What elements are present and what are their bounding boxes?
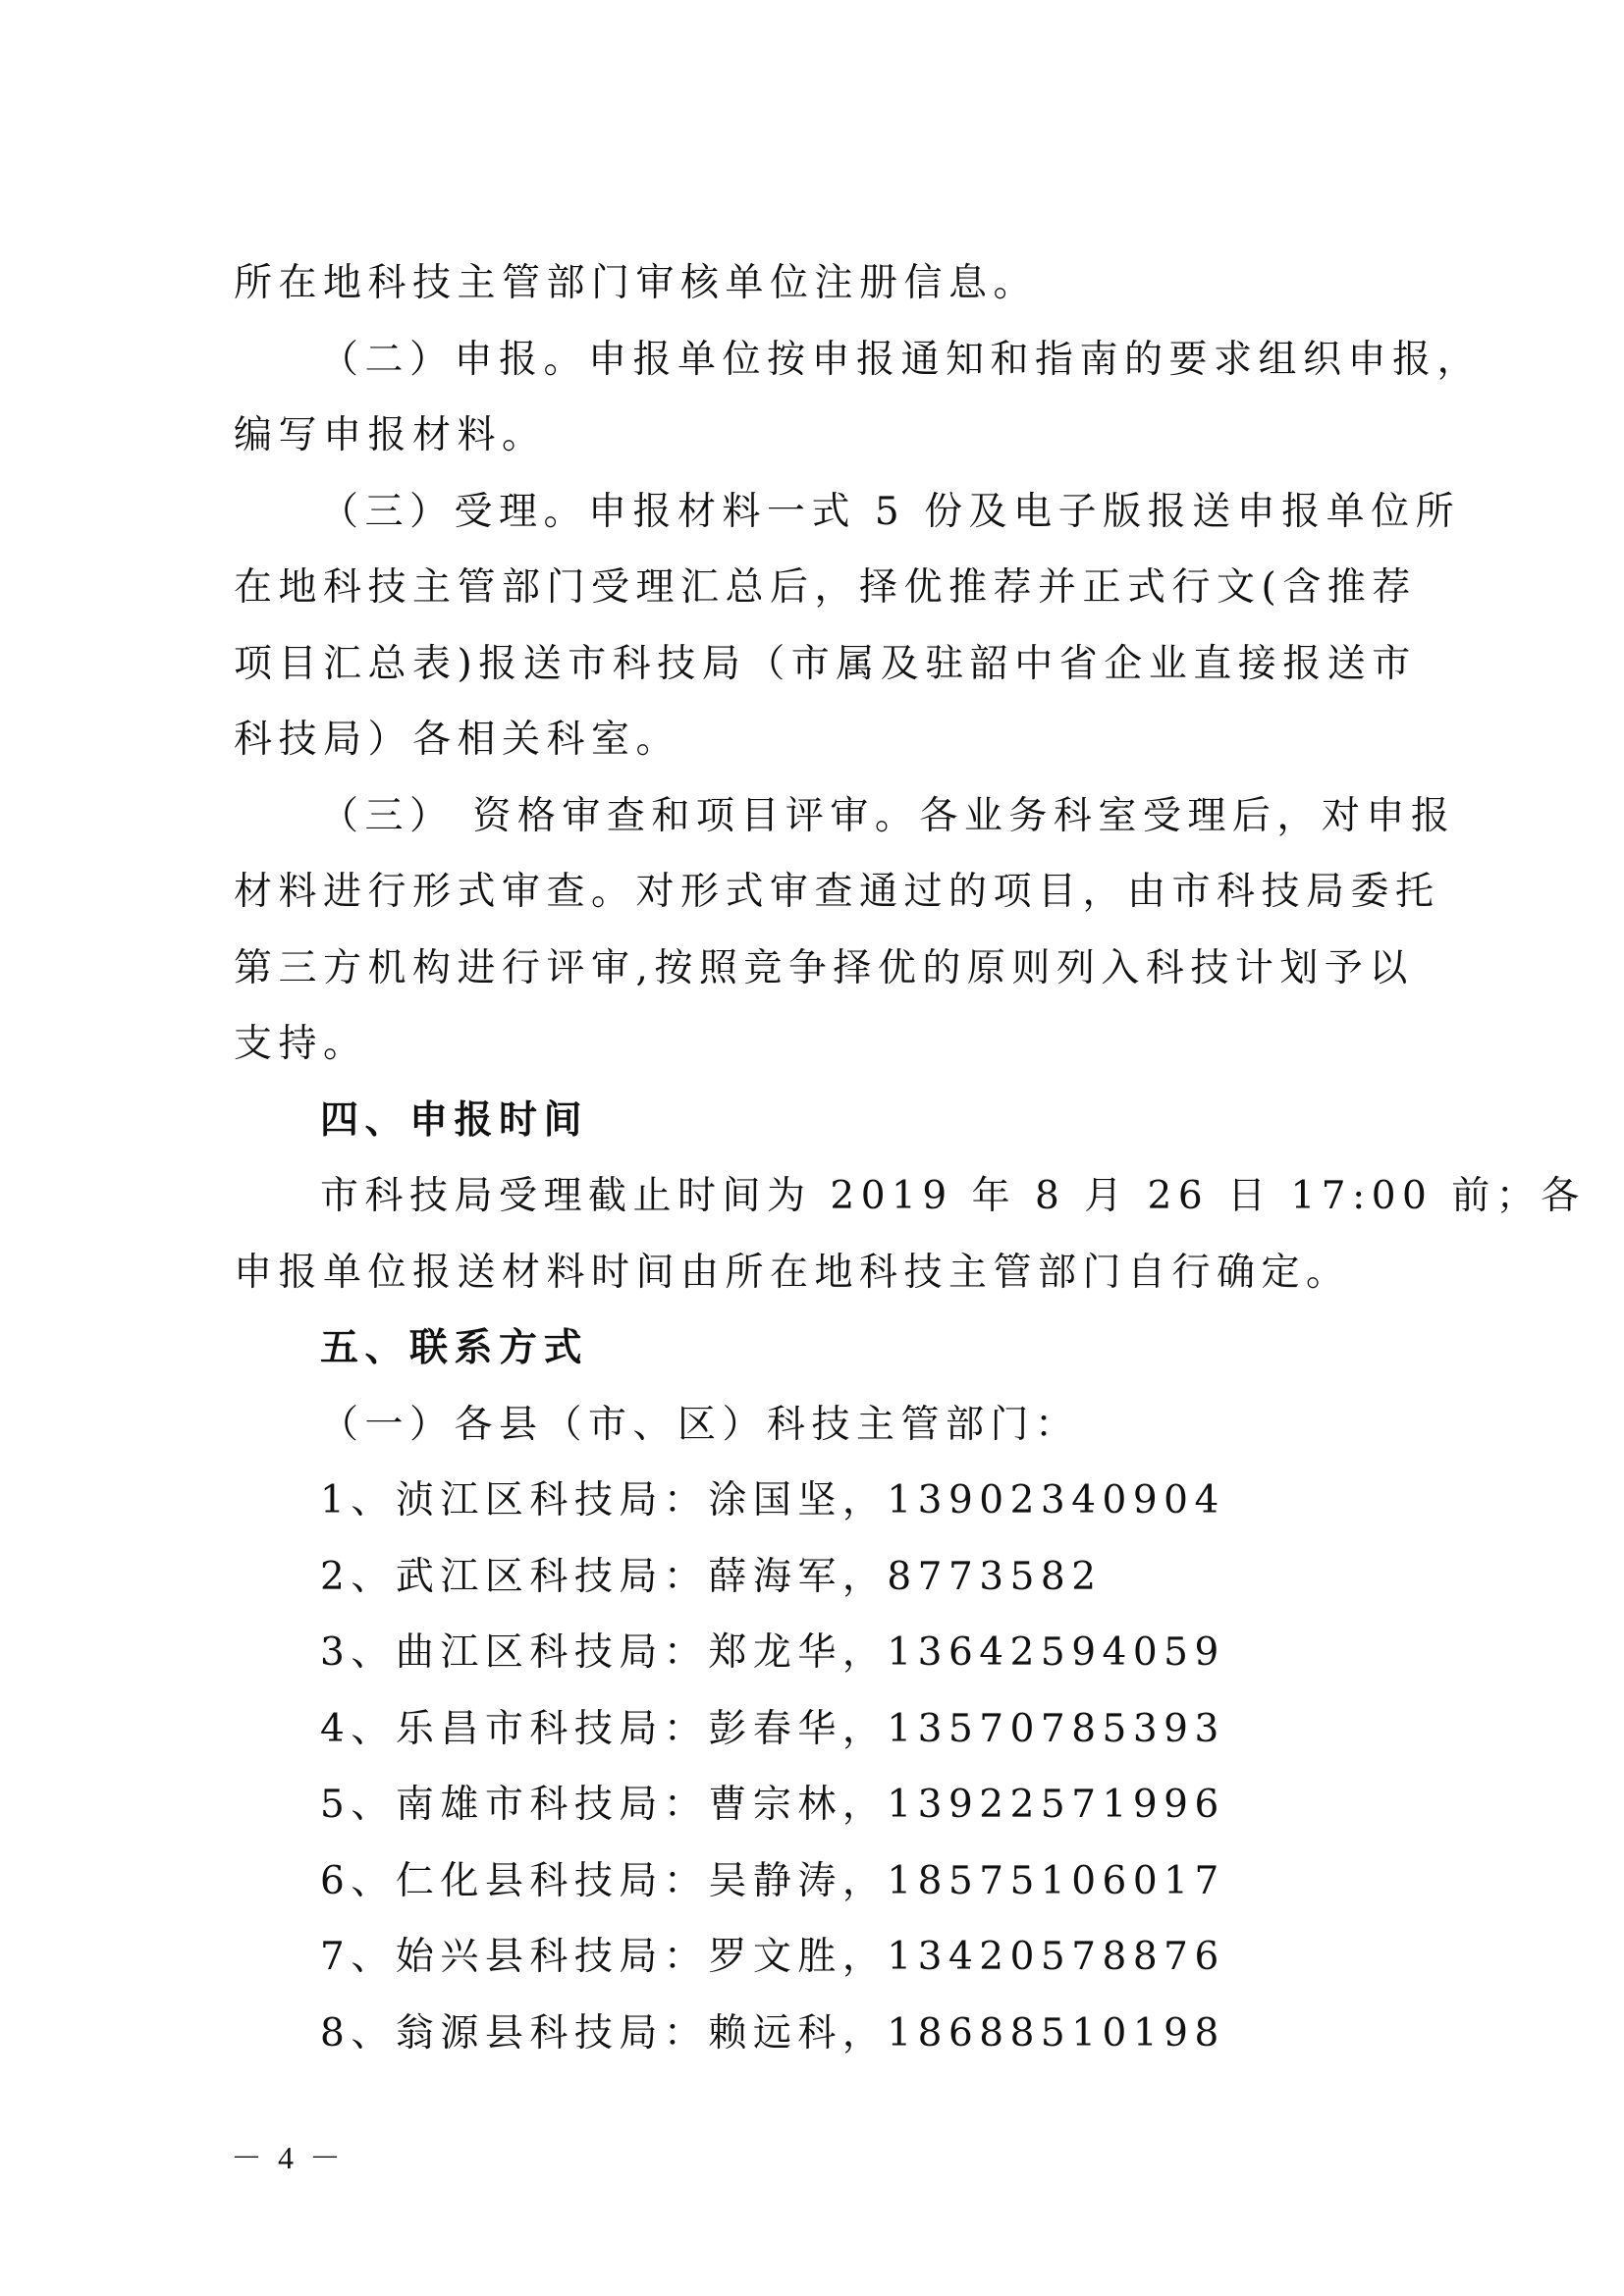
document-page: 所在地科技主管部门审核单位注册信息。 （二）申报。申报单位按申报通知和指南的要求… — [0, 0, 1624, 2296]
contact-list-item: 3、曲江区科技局：郑龙华，13642594059 — [234, 1615, 1412, 1691]
contact-list-item: 7、始兴县科技局：罗文胜，13420578876 — [234, 1919, 1412, 1996]
contact-list-item: 6、仁化县科技局：吴静涛，18575106017 — [234, 1843, 1412, 1920]
contact-phone: 13420578876 — [887, 1935, 1224, 1979]
contact-office: 曲江区科技局： — [396, 1630, 709, 1675]
contact-office: 仁化县科技局： — [396, 1859, 709, 1903]
contact-list-item: 1、浈江区科技局：涂国坚，13902340904 — [234, 1463, 1412, 1539]
section-heading-contact-info: 五、联系方式 — [234, 1310, 1412, 1387]
paragraph-line: 市科技局受理截止时间为 2019 年 8 月 26 日 17:00 前；各 — [234, 1158, 1412, 1235]
subsection-heading-county-departments: （一）各县（市、区）科技主管部门： — [234, 1387, 1412, 1464]
paragraph-line: 支持。 — [234, 1006, 1412, 1083]
page-number: － 4 － — [231, 2133, 345, 2178]
paragraph-line: 编写申报材料。 — [234, 398, 1412, 474]
contact-person: 彭春华， — [708, 1707, 887, 1751]
contact-index: 8、 — [320, 2011, 396, 2056]
contact-person: 薛海军， — [708, 1555, 887, 1599]
contact-phone: 13642594059 — [887, 1630, 1224, 1675]
contact-office: 浈江区科技局： — [396, 1478, 709, 1522]
contact-person: 罗文胜， — [708, 1935, 887, 1979]
paragraph-line: 项目汇总表)报送市科技局（市属及驻韶中省企业直接报送市 — [234, 626, 1412, 703]
contact-index: 5、 — [320, 1783, 396, 1827]
paragraph-line: 第三方机构进行评审,按照竞争择优的原则列入科技计划予以 — [234, 931, 1412, 1007]
contact-person: 郑龙华， — [708, 1630, 887, 1675]
paragraph-line: 在地科技主管部门受理汇总后，择优推荐并正式行文(含推荐 — [234, 550, 1412, 626]
paragraph-line: （三）受理。申报材料一式 5 份及电子版报送申报单位所 — [234, 474, 1412, 551]
paragraph-line: （三） 资格审查和项目评审。各业务科室受理后，对申报 — [234, 778, 1412, 855]
paragraph-line: 所在地科技主管部门审核单位注册信息。 — [234, 245, 1412, 322]
section-heading-application-time: 四、申报时间 — [234, 1083, 1412, 1159]
contact-office: 始兴县科技局： — [396, 1935, 709, 1979]
contact-person: 涂国坚， — [708, 1478, 887, 1522]
contact-phone: 13570785393 — [887, 1707, 1224, 1751]
contact-office: 翁源县科技局： — [396, 2011, 709, 2056]
paragraph-line: 申报单位报送材料时间由所在地科技主管部门自行确定。 — [234, 1235, 1412, 1311]
contact-index: 1、 — [320, 1478, 396, 1522]
contact-office: 武江区科技局： — [396, 1555, 709, 1599]
contact-person: 曹宗林， — [708, 1783, 887, 1827]
contact-person: 赖远科， — [708, 2011, 887, 2056]
contact-phone: 18688510198 — [887, 2011, 1224, 2056]
contact-list-item: 4、乐昌市科技局：彭春华，13570785393 — [234, 1691, 1412, 1768]
contact-index: 6、 — [320, 1859, 396, 1903]
contact-person: 吴静涛， — [708, 1859, 887, 1903]
paragraph-line: 科技局）各相关科室。 — [234, 702, 1412, 778]
contact-index: 3、 — [320, 1630, 396, 1675]
contact-index: 7、 — [320, 1935, 396, 1979]
contact-phone: 18575106017 — [887, 1859, 1224, 1903]
contact-office: 南雄市科技局： — [396, 1783, 709, 1827]
contact-phone: 13902340904 — [887, 1478, 1224, 1522]
contact-phone: 8773582 — [887, 1555, 1102, 1599]
contact-index: 2、 — [320, 1555, 396, 1599]
paragraph-line: （二）申报。申报单位按申报通知和指南的要求组织申报， — [234, 322, 1412, 399]
contact-list-item: 8、翁源县科技局：赖远科，18688510198 — [234, 1996, 1412, 2072]
document-body: 所在地科技主管部门审核单位注册信息。 （二）申报。申报单位按申报通知和指南的要求… — [234, 245, 1412, 2071]
contact-phone: 13922571996 — [887, 1783, 1224, 1827]
contact-list-item: 5、南雄市科技局：曹宗林，13922571996 — [234, 1767, 1412, 1843]
paragraph-line: 材料进行形式审查。对形式审查通过的项目，由市科技局委托 — [234, 854, 1412, 931]
contact-index: 4、 — [320, 1707, 396, 1751]
contact-office: 乐昌市科技局： — [396, 1707, 709, 1751]
contact-list-item: 2、武江区科技局：薛海军，8773582 — [234, 1539, 1412, 1616]
